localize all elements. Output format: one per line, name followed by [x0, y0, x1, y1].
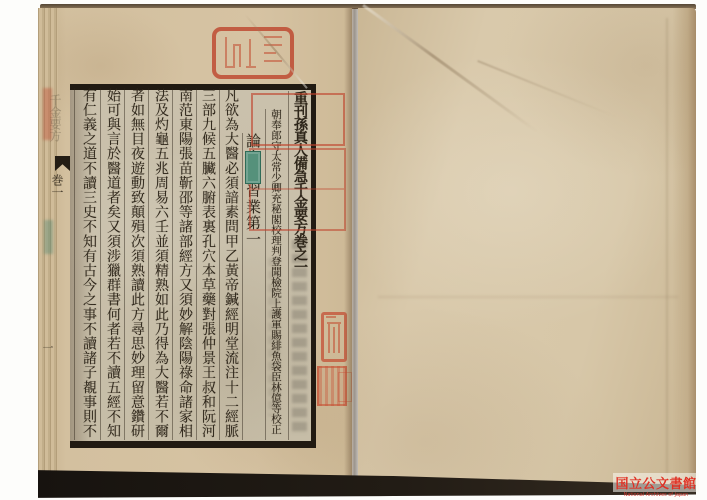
body-text-column: 南范東陽張苗靳邵等諸部經方又須妙解陰陽祿命諸家相 — [172, 88, 196, 440]
paper-crease — [378, 296, 678, 298]
body-text-column: 有仁義之道不讀三史不知有古今之事不讀諸子覩事則不 — [74, 88, 100, 440]
edge-seal-ink-teal — [44, 220, 53, 254]
archives-watermark: 国立公文書館 National Archives of Japan — [610, 473, 702, 499]
banxin-volume-label: 巻一 — [52, 174, 68, 214]
right-page-blank — [358, 8, 696, 490]
body-text-column: 者如無目夜遊動致顛殞次須熟讀此方尋思妙理留意鑽研 — [124, 88, 148, 440]
archives-watermark-jp: 国立公文書館 — [613, 473, 698, 492]
book-photograph: 千金要方 巻一 一 重刊孫真人備急千金要方巻之一 朝奉郎守太常少卿充秘閣校理判登… — [0, 0, 707, 500]
seal-inner-line — [251, 188, 344, 190]
banxin-running-title: 千金要方 — [50, 94, 66, 164]
paper-crease — [477, 60, 617, 118]
archives-watermark-en: National Archives of Japan — [618, 492, 693, 498]
banxin-page-number: 一 — [45, 342, 59, 360]
top-collection-seal-icon — [212, 27, 294, 79]
body-text-column: 始可與言於醫道者矣又須涉獵群書何者若不讀五經不知 — [100, 88, 124, 440]
seal-outline-icon — [251, 93, 345, 146]
green-seal-icon — [245, 151, 261, 184]
body-text-column: 三部九候五臟六腑表裏孔穴本草藥對張仲景王叔和阮河 — [196, 88, 219, 440]
paper-crease — [666, 18, 668, 476]
paper-crease — [362, 4, 538, 133]
body-text-column: 法及灼龜五兆周易六壬並須精熟如此乃得為大醫若不爾 — [148, 88, 172, 440]
body-text-column: 凡欲為大醫必須諳素問甲乙黃帝鍼經明堂流注十二經脈 — [219, 88, 242, 440]
seal-outline-icon — [249, 148, 346, 231]
